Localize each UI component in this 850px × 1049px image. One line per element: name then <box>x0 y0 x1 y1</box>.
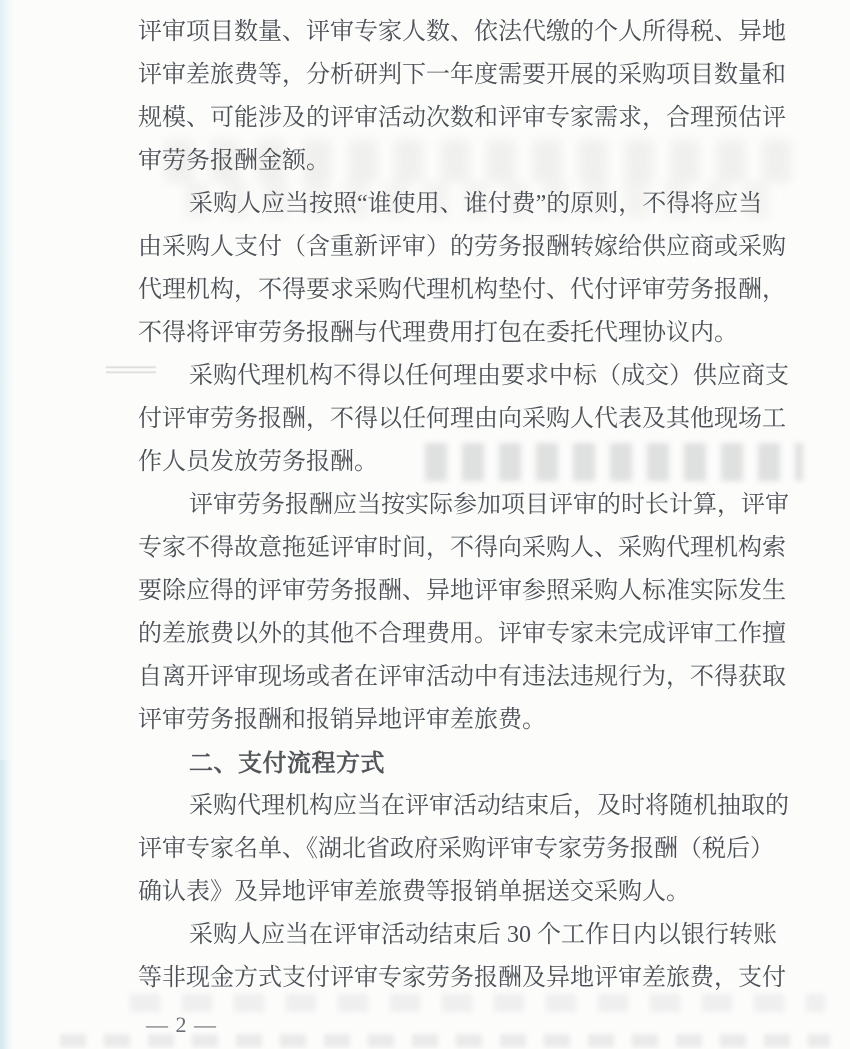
text-line: 采购代理机构应当在评审活动结束后，及时将随机抽取的 <box>138 785 798 828</box>
text-line: 评审差旅费等，分析研判下一年度需要开展的采购项目数量和 <box>138 54 798 97</box>
text-line: 审劳务报酬金额。 <box>138 140 798 183</box>
document-text-block: 评审项目数量、评审专家人数、依法代缴的个人所得税、异地 评审差旅费等，分析研判下… <box>138 11 798 1000</box>
body-paragraph: 评审劳务报酬应当按实际参加项目评审的时长计算，评审 专家不得故意拖延评审时间，不… <box>138 484 798 742</box>
text-line: 代理机构，不得要求采购代理机构垫付、代付评审劳务报酬， <box>138 269 798 312</box>
text-line: 付评审劳务报酬，不得以任何理由向采购人代表及其他现场工 <box>138 398 798 441</box>
text-line: 评审专家名单、《湖北省政府采购评审专家劳务报酬（税后） <box>138 828 798 871</box>
document-page: 评审项目数量、评审专家人数、依法代缴的个人所得税、异地 评审差旅费等，分析研判下… <box>0 0 850 1049</box>
text-line: 要除应得的评审劳务报酬、异地评审参照采购人标准实际发生 <box>138 570 798 613</box>
text-line: 不得将评审劳务报酬与代理费用打包在委托代理协议内。 <box>138 312 798 355</box>
text-line: 作人员发放劳务报酬。 <box>138 441 798 484</box>
text-line: 的差旅费以外的其他不合理费用。评审专家未完成评审工作擅 <box>138 613 798 656</box>
text-line: 采购人应当在评审活动结束后 30 个工作日内以银行转账 <box>138 914 798 957</box>
body-paragraph: 评审项目数量、评审专家人数、依法代缴的个人所得税、异地 评审差旅费等，分析研判下… <box>138 11 798 183</box>
text-line: 评审劳务报酬和报销异地评审差旅费。 <box>138 699 798 742</box>
text-line: 自离开评审现场或者在评审活动中有违法违规行为，不得获取 <box>138 656 798 699</box>
text-line: 采购人应当按照“谁使用、谁付费”的原则，不得将应当 <box>138 183 798 226</box>
text-line: 等非现金方式支付评审专家劳务报酬及异地评审差旅费，支付 <box>138 957 798 1000</box>
text-line: 确认表》及异地评审差旅费等报销单据送交采购人。 <box>138 871 798 914</box>
body-paragraph: 采购代理机构不得以任何理由要求中标（成交）供应商支 付评审劳务报酬，不得以任何理… <box>138 355 798 484</box>
body-paragraph: 采购人应当按照“谁使用、谁付费”的原则，不得将应当 由采购人支付（含重新评审）的… <box>138 183 798 355</box>
text-line: 专家不得故意拖延评审时间，不得向采购人、采购代理机构索 <box>138 527 798 570</box>
text-line: 评审劳务报酬应当按实际参加项目评审的时长计算，评审 <box>138 484 798 527</box>
body-paragraph: 采购人应当在评审活动结束后 30 个工作日内以银行转账 等非现金方式支付评审专家… <box>138 914 798 1000</box>
text-line: 规模、可能涉及的评审活动次数和评审专家需求，合理预估评 <box>138 97 798 140</box>
text-line: 采购代理机构不得以任何理由要求中标（成交）供应商支 <box>138 355 798 398</box>
text-line: 由采购人支付（含重新评审）的劳务报酬转嫁给供应商或采购 <box>138 226 798 269</box>
text-line: 评审项目数量、评审专家人数、依法代缴的个人所得税、异地 <box>138 11 798 54</box>
section-heading: 二、支付流程方式 <box>138 742 798 785</box>
scan-edge-tint-lower <box>0 760 9 1049</box>
body-paragraph: 采购代理机构应当在评审活动结束后，及时将随机抽取的 评审专家名单、《湖北省政府采… <box>138 785 798 914</box>
page-number: — 2 — <box>146 1013 217 1037</box>
